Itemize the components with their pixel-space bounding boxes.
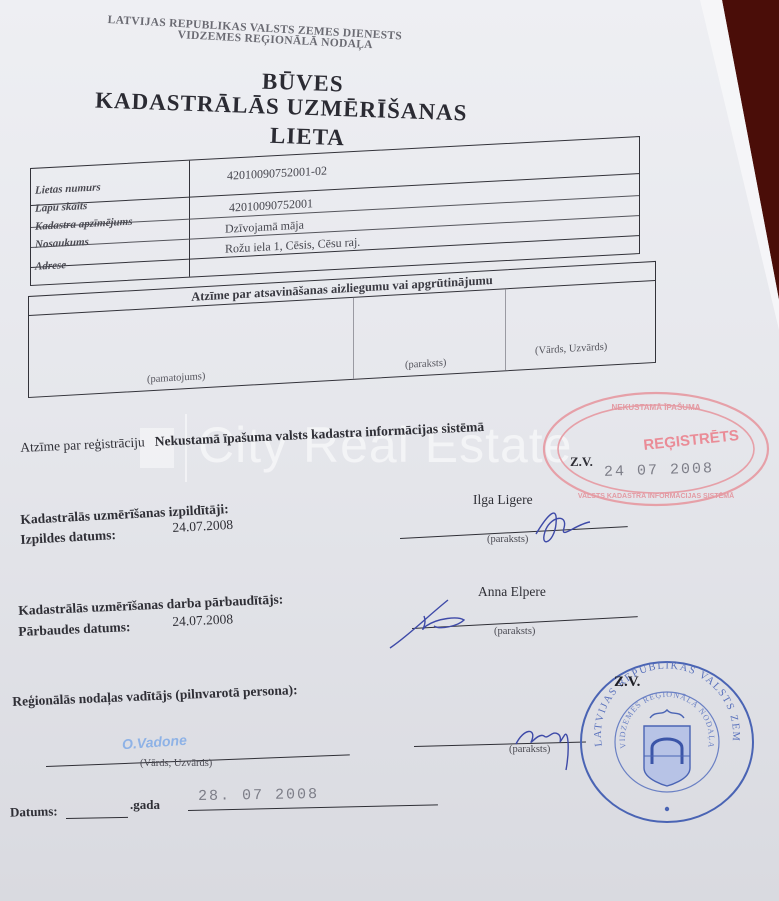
head-name-caption: (Vārds, Uzvārds) [140,758,212,769]
info-label-address: Adrese [35,259,66,273]
executor-signature-icon [528,494,598,556]
inspector-signature-caption: (paraksts) [494,626,535,637]
title-line-3: LIETA [270,123,346,152]
gada-label: .gada [130,797,160,813]
column-divider [353,298,354,379]
executor-name: Ilga Ligere [473,492,533,508]
caption-name-surname: (Vārds, Uzvārds) [535,342,607,357]
coat-of-arms-icon [644,710,690,786]
info-value-case-number: 42010090752001-02 [227,163,327,183]
official-seal: LATVIJAS REPUBLIKAS VALSTS ZEMES DIENEST… [576,656,758,824]
row-divider [31,173,639,206]
head-seal-place-label: Z.V. [614,674,640,691]
inspector-name: Anna Elpere [478,584,546,600]
info-label-name: Nosaukums [35,236,89,251]
stamped-date: 28. 07 2008 [198,786,319,805]
caption-basis: (pamatojums) [147,371,205,385]
head-signature-icon [510,718,580,778]
inspector-date: 24.07.2008 [172,611,233,630]
info-label-case-number: Lietas numurs [35,181,101,196]
info-label-cadastral-designation: Kadastra apzīmējums [35,216,133,233]
executor-signature-caption: (paraksts) [487,534,528,545]
seal-place-label: Z.V. [570,454,593,470]
executors-date: 24.07.2008 [172,517,234,536]
stamp-registered-word: REĢISTRĒTS [643,427,740,454]
info-label-page-count: Lapu skaits [35,200,87,215]
date-label: Datums: [10,803,58,820]
registered-stamp: NEKUSTAMĀ ĪPAŠUMA VALSTS KADASTRA INFORM… [540,388,772,510]
caption-signature: (paraksts) [405,358,446,371]
stamp-ring-top-text: NEKUSTAMĀ ĪPAŠUMA [611,403,700,412]
stamp-ring-bottom-text: VALSTS KADASTRA INFORMĀCIJAS SISTĒMĀ [578,492,734,500]
column-divider [505,289,506,370]
inspector-signature-icon [388,596,478,652]
